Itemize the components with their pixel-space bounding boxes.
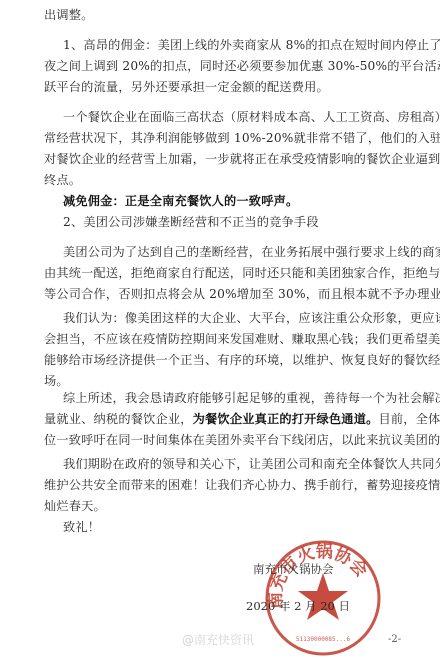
text-line: 由其统一配送，拒绝商家自行配送，同时还只能和美团独家合作，拒绝与饿了么 [44,266,440,280]
document-page: 出调整。 1、高昂的佣金：美团上线的外卖商家从 8%的扣点在短时间内停止了，且在… [0,0,440,660]
text-line: 1、高昂的佣金：美团上线的外卖商家从 8%的扣点在短时间内停止了，且在一 [63,38,440,52]
text-line: 综上所述，我会恳请政府能够引起足够的重视，善待每一个为社会解决了大 [63,391,440,405]
bold-statement: 为餐饮企业真正的打开绿色通道。 [193,412,379,426]
text-segment: 量就业、纳税的餐饮企业， [44,412,193,426]
text-line: 我们认为：像美团这样的大企业、大平台，应该注重公众形象，更应该有社 [63,311,440,325]
text-line: 我们期盼在政府的领导和关心下，让美团公司和南充全体餐饮人共同分担为 [63,457,440,471]
text-line: 能够给市场经济提供一个正当、有序的环境，以维护、恢复良好的餐饮经营的市 [44,353,440,367]
bold-statement: 减免佣金：正是全南充餐饮人的一致呼声。 [63,194,298,208]
text-line: 常经营状况下，其净利润能够做到 10%-20%就非常不错了，他们的入驻政策无疑是 [44,131,440,145]
text-line: 美团公司为了达到自己的垄断经营，在业务拓展中强行要求上线的商家必须 [63,245,440,259]
signature-date: 2020 年 2 月 20 日 [246,598,350,614]
section-heading: 2、美团公司涉嫌垄断经营和不正当的竞争手段 [63,215,319,229]
page-number: -2- [388,634,401,645]
text-line: 量就业、纳税的餐饮企业，为餐饮企业真正的打开绿色通道。目前，全体会员单 [44,412,440,426]
text-line: 灿烂春天。 [44,499,106,513]
text-line: 终点。 [44,173,81,187]
text-line: 出调整。 [44,8,94,22]
text-line: 维护公共安全而带来的困难！让我们齐心协力、携手前行，蓄势迎接疫情过后的 [44,478,440,492]
text-line: 一个餐饮企业在面临三高状态（原材料成本高、人工工资高、房租高）的正 [63,110,440,124]
text-segment: 目前，全体会员单 [378,412,440,426]
signature-organization: 南充市火锅协会 [253,561,334,577]
text-line: 会担当，不应该在疫情防控期间来发国难财、赚取黑心钱；我们更希望美团公司 [44,332,440,346]
text-line: 场。 [44,374,69,388]
text-line: 对餐饮企业的经营雪上加霜，一步就将正在承受疫情影响的餐饮企业逼到死路的 [44,152,440,166]
svg-text:51130000085...6: 51130000085...6 [296,636,351,643]
closing-salutation: 致礼！ [63,520,100,534]
watermark: @南充快资讯 [182,631,254,648]
text-line: 等公司合作，否则扣点将会从 20%增加至 30%，而且根本就不予办理业务。 [44,287,440,301]
text-line: 位一致呼吁在同一时间集体在美团外卖平台下线闭店，以此来抗议美团的行为。 [44,433,440,447]
text-line: 夜之间上调到 20%的扣点，同时还必须要参加优惠 30%-50%的平台活动，以此… [44,59,440,73]
text-line: 跃平台的流量，另外还要承担一定金额的配送费用。 [44,80,329,94]
